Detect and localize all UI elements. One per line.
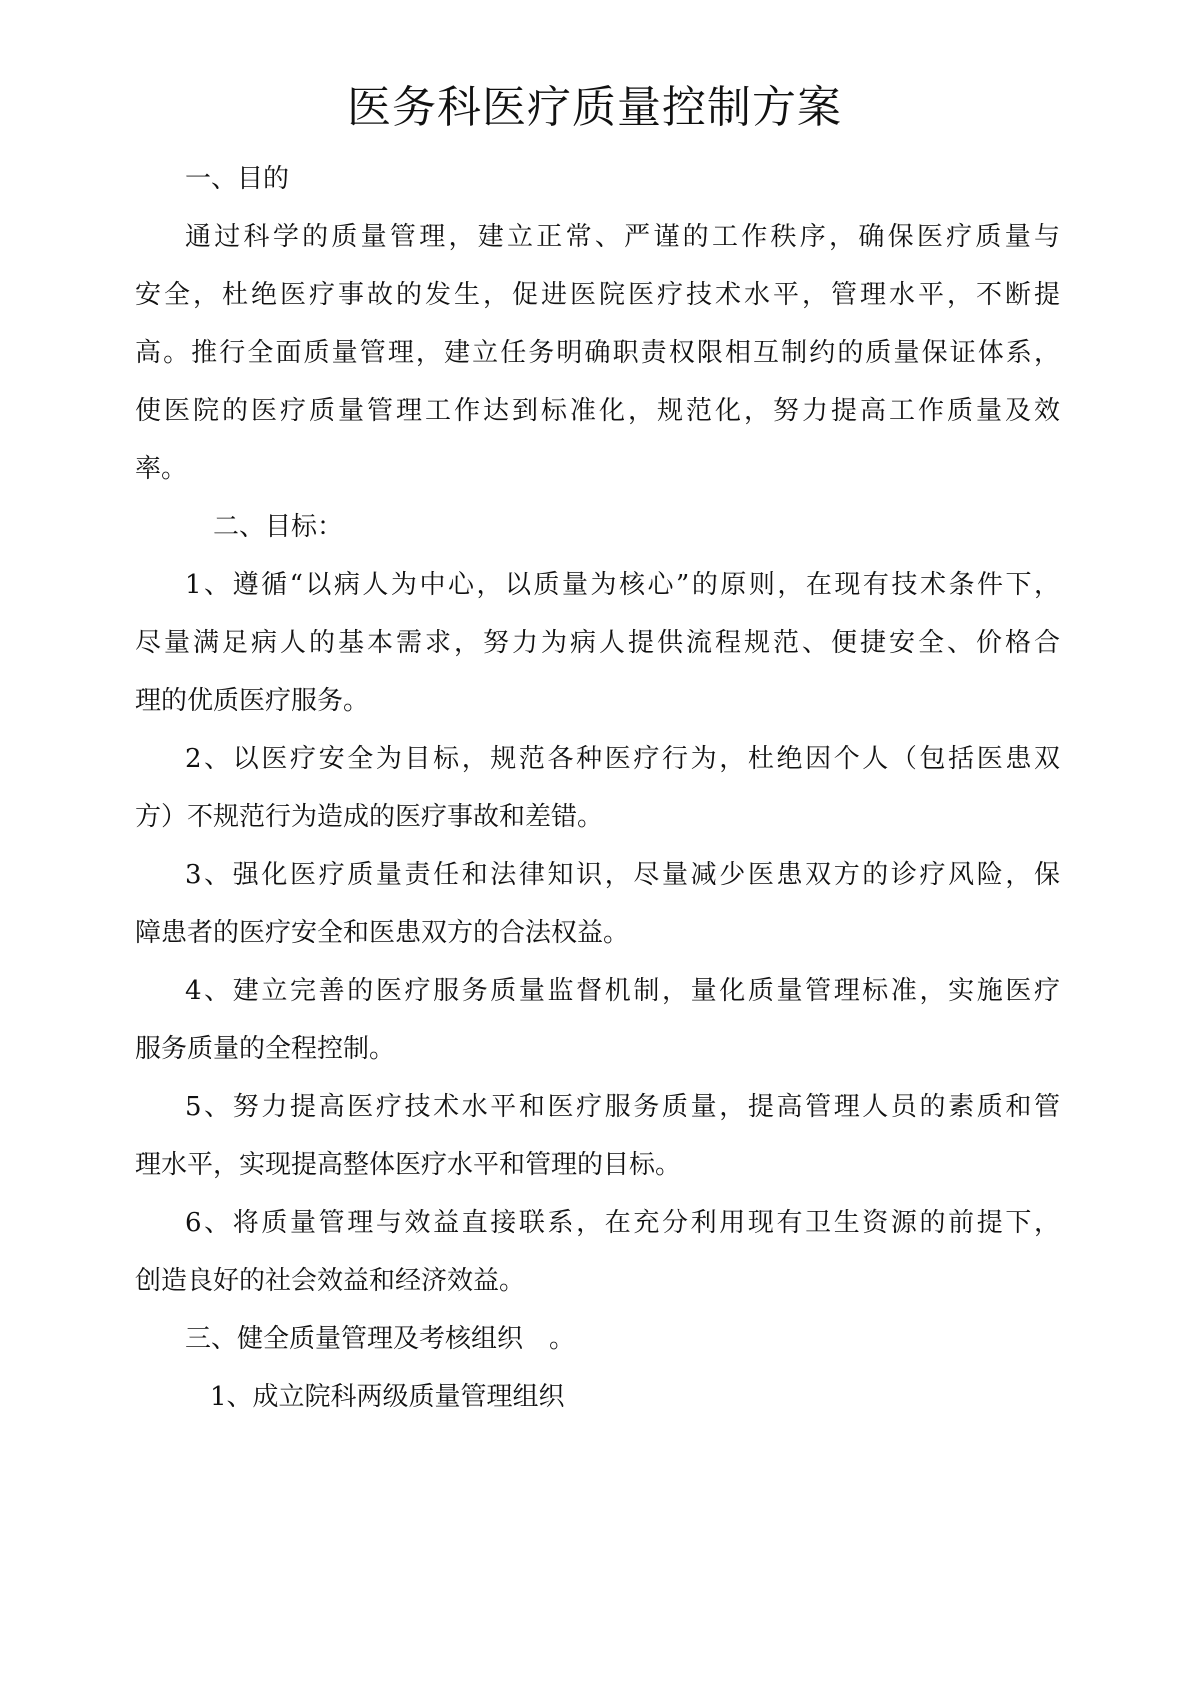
goal-item-4: 4、建立完善的医疗服务质量监督机制，量化质量管理标准，实施医疗 服务质量的全程控… <box>135 962 1060 1078</box>
text-line: 3、强化医疗质量责任和法律知识，尽量减少医患双方的诊疗风险，保 <box>135 846 1060 904</box>
subheading-two-level-organization: 1、成立院科两级质量管理组织 <box>135 1368 1060 1426</box>
goal-item-5: 5、努力提高医疗技术水平和医疗服务质量，提高管理人员的素质和管 理水平，实现提高… <box>135 1078 1060 1194</box>
text-line: 理的优质医疗服务。 <box>135 672 1060 730</box>
goal-item-1: 1、遵循“以病人为中心，以质量为核心”的原则，在现有技术条件下， 尽量满足病人的… <box>135 556 1060 730</box>
text-line: 使医院的医疗质量管理工作达到标准化，规范化，努力提高工作质量及效 <box>135 382 1060 440</box>
text-line: 4、建立完善的医疗服务质量监督机制，量化质量管理标准，实施医疗 <box>135 962 1060 1020</box>
document-page: 医务科医疗质量控制方案 一、目的 通过科学的质量管理，建立正常、严谨的工作秩序，… <box>0 0 1189 1682</box>
text-line: 理水平，实现提高整体医疗水平和管理的目标。 <box>135 1136 1060 1194</box>
text-line: 2、以医疗安全为目标，规范各种医疗行为，杜绝因个人（包括医患双 <box>135 730 1060 788</box>
document-body: 一、目的 通过科学的质量管理，建立正常、严谨的工作秩序，确保医疗质量与 安全，杜… <box>135 150 1060 1426</box>
goal-item-3: 3、强化医疗质量责任和法律知识，尽量减少医患双方的诊疗风险，保 障患者的医疗安全… <box>135 846 1060 962</box>
text-line: 高。推行全面质量管理，建立任务明确职责权限相互制约的质量保证体系， <box>135 324 1060 382</box>
goal-item-6: 6、将质量管理与效益直接联系，在充分利用现有卫生资源的前提下， 创造良好的社会效… <box>135 1194 1060 1310</box>
text-line: 1、遵循“以病人为中心，以质量为核心”的原则，在现有技术条件下， <box>135 556 1060 614</box>
text-line: 尽量满足病人的基本需求，努力为病人提供流程规范、便捷安全、价格合 <box>135 614 1060 672</box>
text-line: 安全，杜绝医疗事故的发生，促进医院医疗技术水平，管理水平，不断提 <box>135 266 1060 324</box>
section-heading-organization: 三、健全质量管理及考核组织 。 <box>135 1310 1060 1368</box>
text-line: 6、将质量管理与效益直接联系，在充分利用现有卫生资源的前提下， <box>135 1194 1060 1252</box>
paragraph-purpose: 通过科学的质量管理，建立正常、严谨的工作秩序，确保医疗质量与 安全，杜绝医疗事故… <box>135 208 1060 498</box>
section-heading-goals: 二、目标： <box>135 498 1060 556</box>
text-line: 5、努力提高医疗技术水平和医疗服务质量，提高管理人员的素质和管 <box>135 1078 1060 1136</box>
text-line: 率。 <box>135 440 1060 498</box>
text-line: 障患者的医疗安全和医患双方的合法权益。 <box>135 904 1060 962</box>
text-line: 创造良好的社会效益和经济效益。 <box>135 1252 1060 1310</box>
section-heading-purpose: 一、目的 <box>135 150 1060 208</box>
text-line: 通过科学的质量管理，建立正常、严谨的工作秩序，确保医疗质量与 <box>135 208 1060 266</box>
goal-item-2: 2、以医疗安全为目标，规范各种医疗行为，杜绝因个人（包括医患双 方）不规范行为造… <box>135 730 1060 846</box>
text-line: 服务质量的全程控制。 <box>135 1020 1060 1078</box>
document-title: 医务科医疗质量控制方案 <box>0 80 1189 136</box>
text-line: 方）不规范行为造成的医疗事故和差错。 <box>135 788 1060 846</box>
